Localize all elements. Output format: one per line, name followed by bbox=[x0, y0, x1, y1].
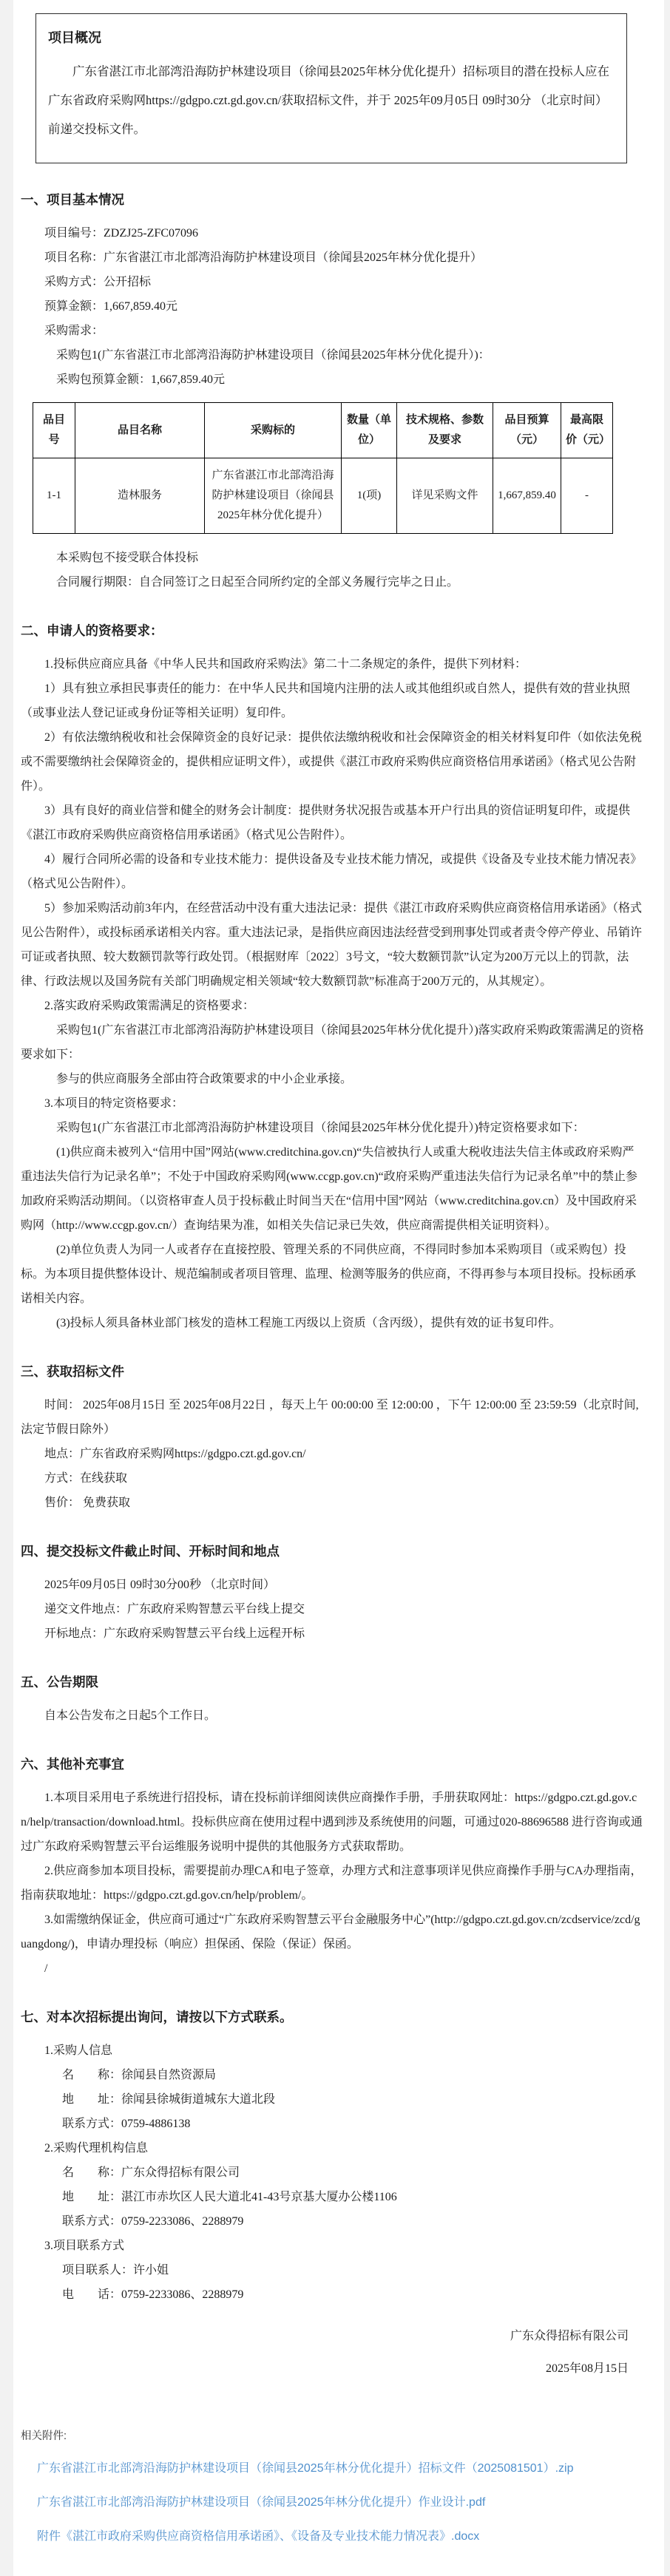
agency-title: 2.采购代理机构信息 bbox=[21, 2136, 645, 2160]
qualification-specific-1: (1)供应商未被列入“信用中国”网站(www.creditchina.gov.c… bbox=[21, 1140, 645, 1238]
qualification-p2-sub2: 参与的供应商服务全部由符合政策要求的中小企业承接。 bbox=[21, 1067, 645, 1091]
th-tech-spec: 技术规格、参数及要求 bbox=[397, 403, 493, 458]
qualification-item-5: 5）参加采购活动前3年内，在经营活动中没有重大违法记录：提供《湛江市政府采购供应… bbox=[21, 896, 645, 994]
purchaser-phone: 联系方式：0759-4886138 bbox=[21, 2112, 645, 2136]
th-item-budget: 品目预算（元） bbox=[493, 403, 561, 458]
field-package-budget: 采购包预算金额：1,667,859.40元 bbox=[21, 367, 645, 392]
qualification-p2: 2.落实政府采购政策需满足的资格要求： bbox=[21, 994, 645, 1018]
deadline-open-place: 开标地点：广东政府采购智慧云平台线上远程开标 bbox=[21, 1621, 645, 1646]
other-item-1: 1.本项目采用电子系统进行招投标，请在投标前详细阅读供应商操作手册，手册获取网址… bbox=[21, 1786, 645, 1859]
qualification-p3-sub1: 采购包1(广东省湛江市北部湾沿海防护林建设项目（徐闻县2025年林分优化提升）)… bbox=[21, 1116, 645, 1140]
other-item-slash: / bbox=[21, 1956, 645, 1981]
obtain-time: 时间： 2025年08月15日 至 2025年08月22日 ，每天上午 00:0… bbox=[21, 1393, 645, 1442]
note-no-consortium: 本采购包不接受联合体投标 bbox=[21, 546, 645, 570]
th-item-name: 品目名称 bbox=[75, 403, 205, 458]
qualification-item-4: 4）履行合同所必需的设备和专业技术能力：提供设备及专业技术能力情况，或提供《设备… bbox=[21, 847, 645, 896]
cell-subject: 广东省湛江市北部湾沿海防护林建设项目（徐闻县2025年林分优化提升） bbox=[205, 458, 342, 534]
section-heading-other-matters: 六、其他补充事宜 bbox=[21, 1753, 645, 1775]
th-subject: 采购标的 bbox=[205, 403, 342, 458]
signature-company: 广东众得招标有限公司 bbox=[21, 2320, 629, 2353]
field-package-line: 采购包1(广东省湛江市北部湾沿海防护林建设项目（徐闻县2025年林分优化提升）)… bbox=[21, 343, 645, 367]
signature-date: 2025年08月15日 bbox=[21, 2353, 629, 2385]
cell-item-no: 1-1 bbox=[33, 458, 75, 534]
agency-address: 地 址：湛江市赤坎区人民大道北41-43号京基大厦办公楼1106 bbox=[21, 2185, 645, 2209]
purchaser-title: 1.采购人信息 bbox=[21, 2038, 645, 2063]
other-item-2: 2.供应商参加本项目投标，需要提前办理CA和电子签章，办理方式和注意事项详见供应… bbox=[21, 1859, 645, 1908]
other-item-3: 3.如需缴纳保证金，供应商可通过“广东政府采购智慧云平台金融服务中心”(http… bbox=[21, 1908, 645, 1956]
field-demand-label: 采购需求： bbox=[21, 319, 645, 343]
field-purchase-method: 采购方式：公开招标 bbox=[21, 270, 645, 294]
attachment-link-zip[interactable]: 广东省湛江市北部湾沿海防护林建设项目（徐闻县2025年林分优化提升）招标文件（2… bbox=[37, 2452, 645, 2486]
qualification-item-2: 2）有依法缴纳税收和社会保障资金的良好记录：提供依法缴纳税收和社会保障资金的相关… bbox=[21, 725, 645, 799]
section-heading-qualification: 二、申请人的资格要求： bbox=[21, 620, 645, 642]
items-table-row: 1-1 造林服务 广东省湛江市北部湾沿海防护林建设项目（徐闻县2025年林分优化… bbox=[33, 458, 613, 534]
field-project-name: 项目名称：广东省湛江市北部湾沿海防护林建设项目（徐闻县2025年林分优化提升） bbox=[21, 245, 645, 270]
announcement-paper: 项目概况 广东省湛江市北部湾沿海防护林建设项目（徐闻县2025年林分优化提升）招… bbox=[13, 0, 664, 2576]
attachment-link-pdf[interactable]: 广东省湛江市北部湾沿海防护林建设项目（徐闻县2025年林分优化提升）作业设计.p… bbox=[37, 2486, 645, 2520]
field-project-no: 项目编号：ZDZJ25-ZFC07096 bbox=[21, 221, 645, 245]
attachments-label: 相关附件: bbox=[21, 2427, 645, 2446]
items-table: 品目号 品目名称 采购标的 数量（单位） 技术规格、参数及要求 品目预算（元） … bbox=[33, 402, 613, 534]
attachments-section: 相关附件: 广东省湛江市北部湾沿海防护林建设项目（徐闻县2025年林分优化提升）… bbox=[21, 2427, 645, 2554]
attachment-link-docx[interactable]: 附件《湛江市政府采购供应商资格信用承诺函》、《设备及专业技术能力情况表》.doc… bbox=[37, 2520, 645, 2554]
obtain-place: 地点：广东省政府采购网https://gdgpo.czt.gd.gov.cn/ bbox=[21, 1442, 645, 1466]
agency-name: 名 称：广东众得招标有限公司 bbox=[21, 2160, 645, 2185]
qualification-specific-3: (3)投标人须具备林业部门核发的造林工程施工丙级以上资质（含丙级），提供有效的证… bbox=[21, 1311, 645, 1335]
overview-title: 项目概况 bbox=[48, 21, 613, 54]
qualification-item-3: 3）具有良好的商业信誉和健全的财务会计制度：提供财务状况报告或基本开户行出具的资… bbox=[21, 799, 645, 847]
purchaser-address: 地 址：徐闻县徐城街道城东大道北段 bbox=[21, 2087, 645, 2112]
note-contract-term: 合同履行期限：自合同签订之日起至合同所约定的全部义务履行完毕之日止。 bbox=[21, 570, 645, 594]
qualification-item-1: 1）具有独立承担民事责任的能力：在中华人民共和国境内注册的法人或其他组织或自然人… bbox=[21, 677, 645, 725]
overview-paragraph: 广东省湛江市北部湾沿海防护林建设项目（徐闻县2025年林分优化提升）招标项目的潜… bbox=[48, 57, 613, 143]
project-contact-title: 3.项目联系方式 bbox=[21, 2234, 645, 2258]
cell-item-budget: 1,667,859.40 bbox=[493, 458, 561, 534]
project-contact-phone: 电 话：0759-2233086、2288979 bbox=[21, 2282, 645, 2307]
cell-quantity: 1(项) bbox=[342, 458, 397, 534]
qualification-p2-sub1: 采购包1(广东省湛江市北部湾沿海防护林建设项目（徐闻县2025年林分优化提升）)… bbox=[21, 1018, 645, 1067]
section-heading-obtain-documents: 三、获取招标文件 bbox=[21, 1360, 645, 1383]
th-quantity: 数量（单位） bbox=[342, 403, 397, 458]
obtain-way: 方式：在线获取 bbox=[21, 1466, 645, 1491]
cell-max-price: - bbox=[561, 458, 613, 534]
section-heading-contact: 七、对本次招标提出询问，请按以下方式联系。 bbox=[21, 2006, 645, 2028]
section-heading-notice-period: 五、公告期限 bbox=[21, 1671, 645, 1693]
qualification-specific-2: (2)单位负责人为同一人或者存在直接控股、管理关系的不同供应商，不得同时参加本采… bbox=[21, 1238, 645, 1311]
field-budget: 预算金额：1,667,859.40元 bbox=[21, 294, 645, 319]
qualification-p1: 1.投标供应商应具备《中华人民共和国政府采购法》第二十二条规定的条件，提供下列材… bbox=[21, 652, 645, 677]
section-heading-deadline: 四、提交投标文件截止时间、开标时间和地点 bbox=[21, 1540, 645, 1562]
announcement-page: 项目概况 广东省湛江市北部湾沿海防护林建设项目（徐闻县2025年林分优化提升）招… bbox=[0, 0, 670, 2576]
agency-phone: 联系方式：0759-2233086、2288979 bbox=[21, 2209, 645, 2234]
project-overview-box: 项目概况 广东省湛江市北部湾沿海防护林建设项目（徐闻县2025年林分优化提升）招… bbox=[35, 13, 627, 163]
obtain-price: 售价： 免费获取 bbox=[21, 1491, 645, 1515]
deadline-time: 2025年09月05日 09时30分00秒 （北京时间） bbox=[21, 1573, 645, 1597]
qualification-p3: 3.本项目的特定资格要求： bbox=[21, 1091, 645, 1116]
section-heading-basic-info: 一、项目基本情况 bbox=[21, 189, 645, 211]
purchaser-name: 名 称：徐闻县自然资源局 bbox=[21, 2063, 645, 2087]
project-contact-person: 项目联系人：许小姐 bbox=[21, 2258, 645, 2282]
cell-tech-spec: 详见采购文件 bbox=[397, 458, 493, 534]
notice-period-body: 自本公告发布之日起5个工作日。 bbox=[21, 1704, 645, 1728]
deadline-submit-place: 递交文件地点：广东政府采购智慧云平台线上提交 bbox=[21, 1597, 645, 1621]
th-max-price: 最高限价（元） bbox=[561, 403, 613, 458]
th-item-no: 品目号 bbox=[33, 403, 75, 458]
items-table-header-row: 品目号 品目名称 采购标的 数量（单位） 技术规格、参数及要求 品目预算（元） … bbox=[33, 403, 613, 458]
signature-block: 广东众得招标有限公司 2025年08月15日 bbox=[21, 2320, 645, 2385]
cell-item-name: 造林服务 bbox=[75, 458, 205, 534]
